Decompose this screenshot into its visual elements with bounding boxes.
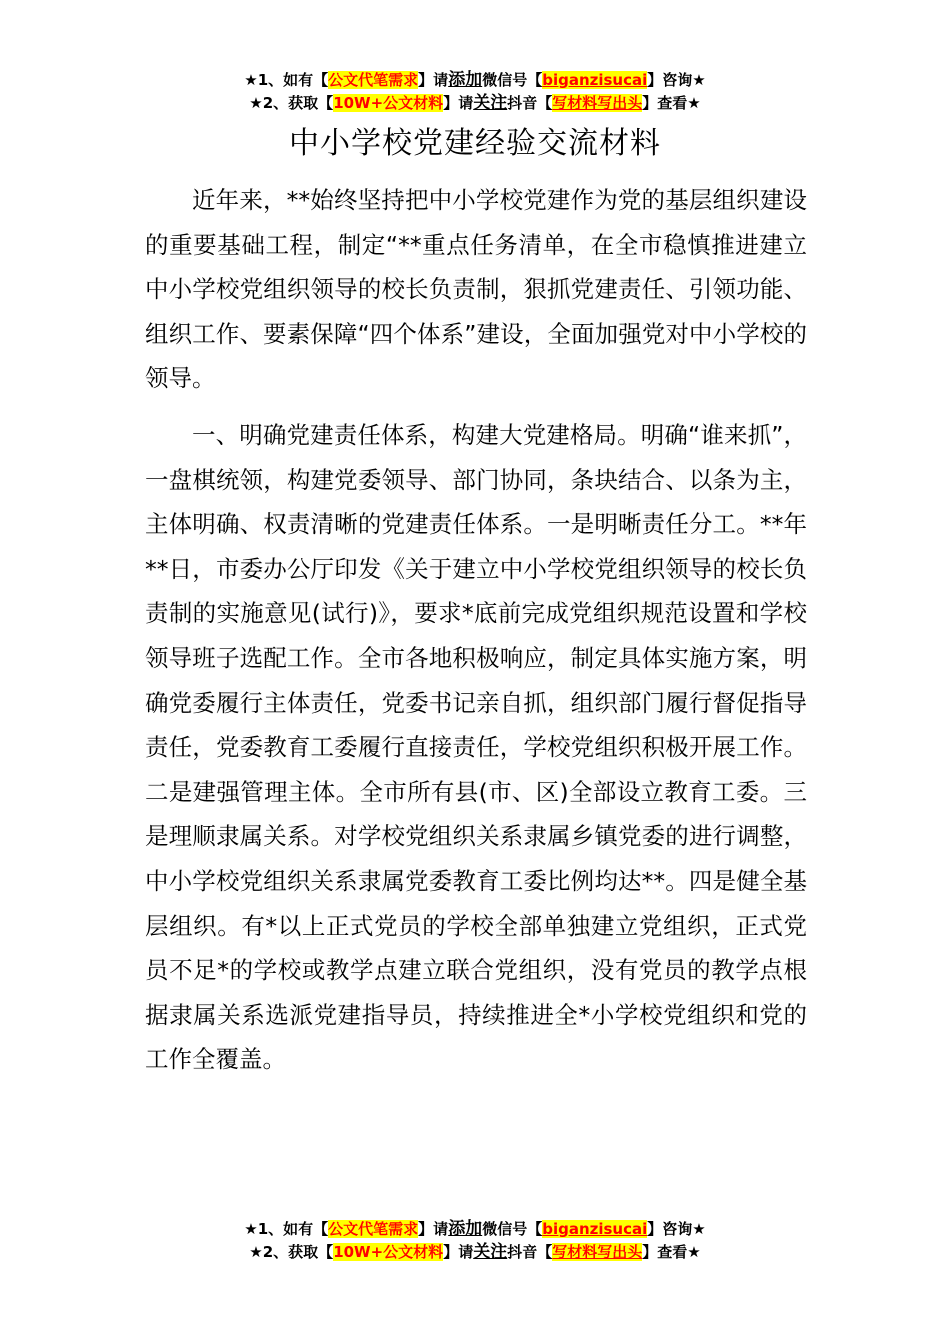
highlight-materials-offer: 10W+公文材料 (333, 94, 443, 112)
footer-banner-line-1: ★1、如有【公文代笔需求】请添加微信号【biganzisucai】咨询★ (0, 1218, 950, 1241)
emphasis-add: 添加 (448, 1219, 482, 1239)
header-banner-line-2: ★2、获取【10W+公文材料】请关注抖音【写材料写出头】查看★ (0, 92, 950, 115)
footer-banner: ★1、如有【公文代笔需求】请添加微信号【biganzisucai】咨询★ ★2、… (0, 1218, 950, 1264)
banner-text: 抖音【 (507, 1243, 552, 1261)
paragraph-intro: 近年来，**始终坚持把中小学校党建作为党的基层组织建设的重要基础工程，制定“**… (145, 178, 807, 401)
footer-banner-line-2: ★2、获取【10W+公文材料】请关注抖音【写材料写出头】查看★ (0, 1241, 950, 1264)
banner-text: 】请 (418, 1220, 448, 1238)
banner-text: ★1、如有【 (244, 71, 328, 89)
banner-text: ★1、如有【 (244, 1220, 328, 1238)
document-body: 近年来，**始终坚持把中小学校党建作为党的基层组织建设的重要基础工程，制定“**… (145, 178, 807, 1082)
emphasis-follow: 关注 (473, 1242, 507, 1262)
banner-text: 】查看★ (642, 1243, 700, 1261)
paragraph-section-one: 一、明确党建责任体系，构建大党建格局。明确“谁来抓”，一盘棋统领，构建党委领导、… (145, 413, 807, 1082)
banner-text: ★2、获取【 (249, 94, 333, 112)
highlight-service-offer: 公文代笔需求 (328, 71, 418, 89)
header-banner: ★1、如有【公文代笔需求】请添加微信号【biganzisucai】咨询★ ★2、… (0, 69, 950, 115)
banner-text: 】查看★ (642, 94, 700, 112)
banner-text: 】咨询★ (647, 71, 705, 89)
highlight-service-offer: 公文代笔需求 (328, 1220, 418, 1238)
emphasis-add: 添加 (448, 70, 482, 90)
banner-text: 】请 (418, 71, 448, 89)
banner-text: 】请 (443, 94, 473, 112)
emphasis-follow: 关注 (473, 93, 507, 113)
document-title: 中小学校党建经验交流材料 (0, 122, 950, 166)
banner-text: 抖音【 (507, 94, 552, 112)
banner-text: 】请 (443, 1243, 473, 1261)
highlight-materials-offer: 10W+公文材料 (333, 1243, 443, 1261)
banner-text: 】咨询★ (647, 1220, 705, 1238)
wechat-id-link[interactable]: biganzisucai (542, 71, 647, 89)
douyin-account-link[interactable]: 写材料写出头 (552, 94, 642, 112)
header-banner-line-1: ★1、如有【公文代笔需求】请添加微信号【biganzisucai】咨询★ (0, 69, 950, 92)
banner-text: 微信号【 (482, 1220, 542, 1238)
banner-text: ★2、获取【 (249, 1243, 333, 1261)
banner-text: 微信号【 (482, 71, 542, 89)
wechat-id-link[interactable]: biganzisucai (542, 1220, 647, 1238)
douyin-account-link[interactable]: 写材料写出头 (552, 1243, 642, 1261)
